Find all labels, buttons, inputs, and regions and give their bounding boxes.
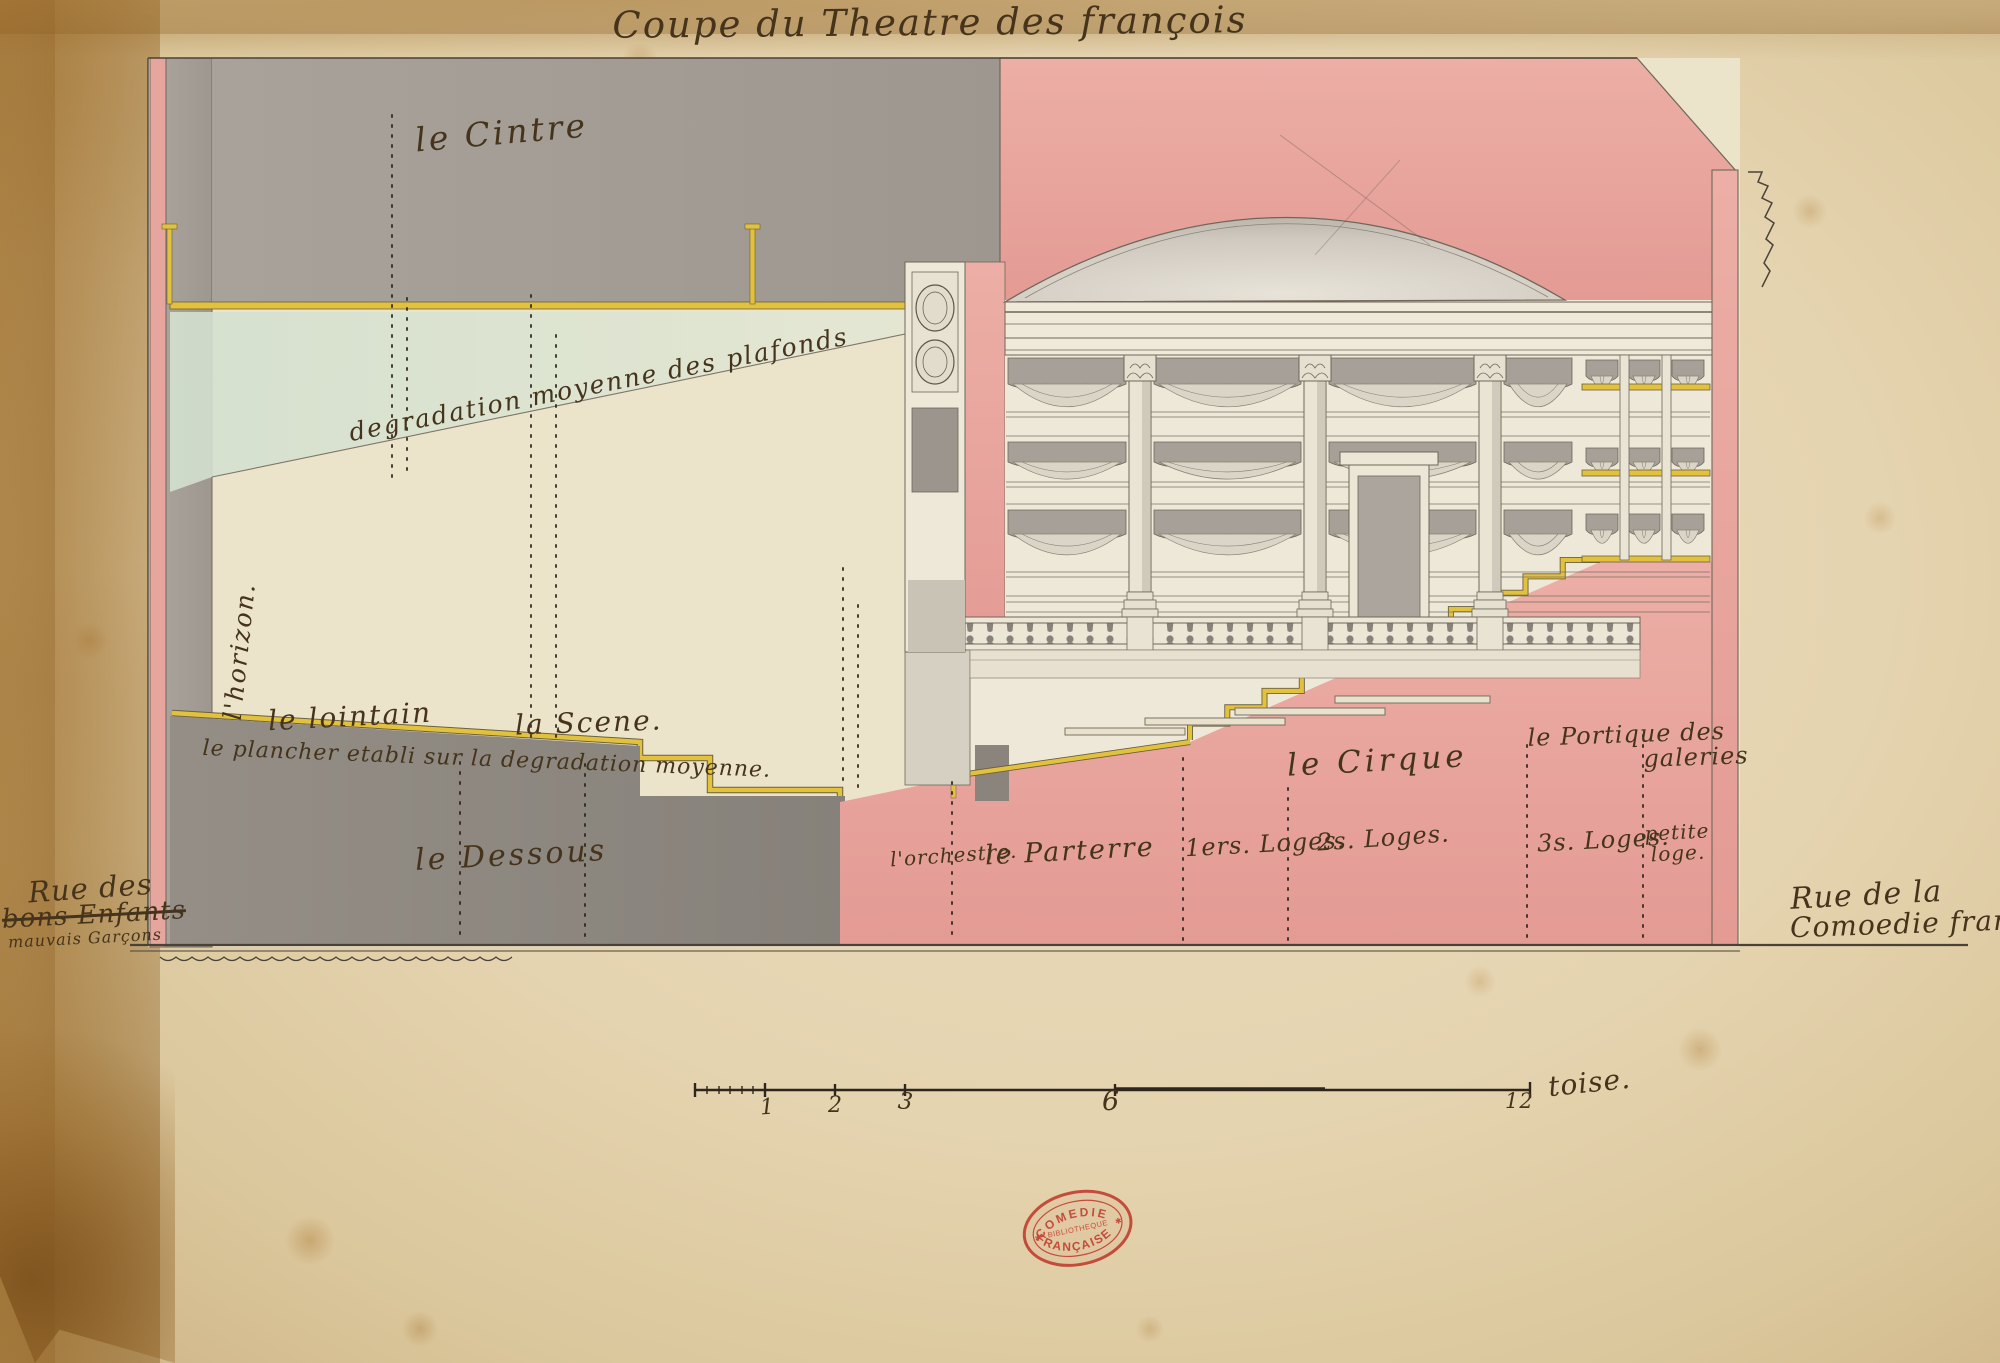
right-wall	[1712, 170, 1738, 945]
label-petite-loge-line2: loge.	[1645, 841, 1711, 865]
label-petite-loge: petite loge.	[1644, 820, 1711, 865]
scale-tick-6: 6	[1102, 1088, 1120, 1116]
label-scene: la Scene.	[515, 705, 663, 740]
balcony-balustrade	[905, 617, 1640, 650]
label-portique-line2: galeries	[1643, 743, 1749, 772]
scale-tick-1: 1	[759, 1096, 776, 1120]
cintre-fly-tower-wash	[212, 58, 1000, 303]
cornice-profile	[1748, 172, 1774, 287]
loge-door	[1340, 452, 1438, 617]
scale-tick-3: 3	[897, 1089, 915, 1115]
scanned-drawing-page: 1 2 3 6 12 toise. COMEDIE FRANÇAISE BIBL…	[0, 0, 2000, 1363]
proscenium-pink-strip	[965, 262, 1005, 662]
scale-bar	[685, 1078, 1585, 1108]
library-stamp: COMEDIE FRANÇAISE BIBLIOTHEQUE ✱ ✱	[1003, 1167, 1156, 1293]
label-portique: le Portique des galeries	[1527, 718, 1749, 776]
entablature	[1005, 302, 1712, 355]
torn-corner	[0, 1030, 175, 1363]
scale-unit-label: toise.	[1547, 1064, 1633, 1102]
drawing-title: Coupe du Theatre des françois	[590, 1, 1270, 46]
street-label-left: Rue des bons Enfants mauvais Garçons	[0, 872, 186, 947]
scale-tick-2: 2	[828, 1094, 843, 1117]
label-lointain: le lointain	[267, 698, 432, 736]
proscenium-pilaster	[905, 262, 965, 652]
street-label-right: Rue de la Comoedie françoise	[1790, 876, 2000, 937]
scale-tick-12: 12	[1505, 1090, 1534, 1112]
